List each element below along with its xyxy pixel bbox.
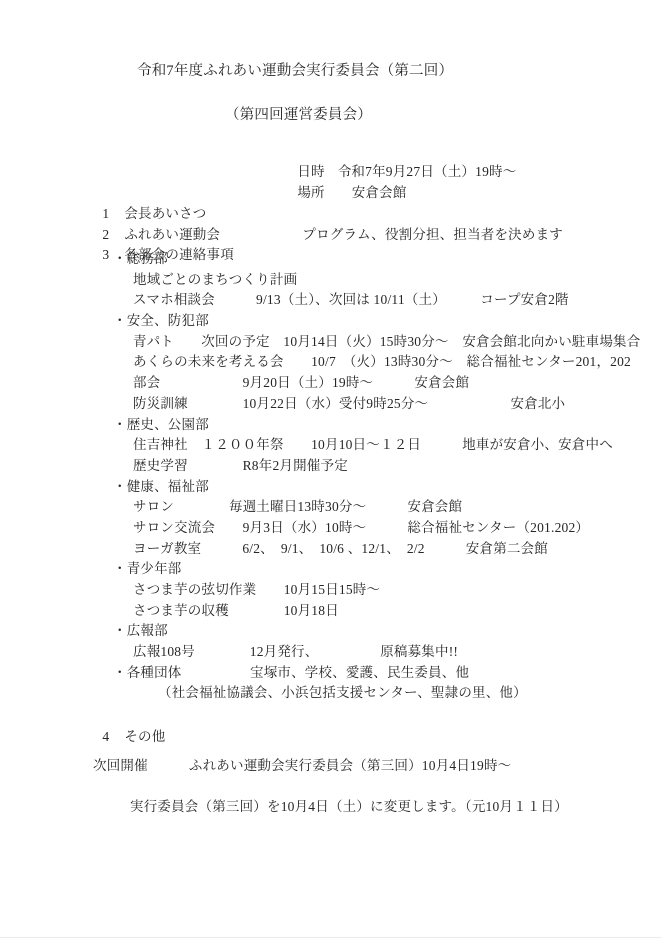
row-sweet-potato-vine-cutting: さつま芋の弦切作業 10月15日15時～	[133, 581, 380, 598]
document-page: 令和7年度ふれあい運動会実行委員会（第二回） （第四回運営委員会） 日時令和7年…	[0, 0, 662, 938]
row-history-study: 歴史学習 R8年2月開催予定	[133, 457, 348, 474]
row-organizations-detail: （社会福祉協議会、小浜包括支援センター、聖隷の里、他）	[158, 684, 527, 701]
schedule-change-note: 実行委員会（第三回）を10月4日（土）に変更します。（元10月１１日）	[130, 798, 568, 815]
section-heading-safety-crime-prevention: ・安全、防犯部	[113, 312, 209, 329]
section-heading-general-affairs: ・総務部	[113, 250, 168, 267]
place-value: 安倉会館	[352, 185, 407, 200]
row-sumiyoshi-shrine: 住吉神社 １２００年祭 10月10日～１２日 地車が安倉小、安倉中へ	[133, 436, 613, 453]
row-smartphone-consultation: スマホ相談会 9/13（土）、次回は 10/11（土） コープ安倉2階	[133, 291, 569, 308]
row-newsletter-108: 広報108号 12月発行、 原稿募集中!!	[133, 643, 458, 660]
row-blue-patrol: 青パト 次回の予定 10月14日（火）15時30分～ 安倉会館北向かい駐車場集合	[133, 333, 640, 350]
document-subtitle: （第四回運営委員会）	[225, 107, 372, 124]
section-heading-public-relations: ・広報部	[113, 622, 168, 639]
place-label: 場所	[297, 185, 324, 200]
section-heading-health-welfare: ・健康、福祉部	[113, 478, 209, 495]
section-heading-various-organizations: ・各種団体 宝塚市、学校、愛護、民生委員、他	[113, 664, 469, 681]
row-yoga-class: ヨーガ教室 6/2、 9/1、 10/6 、12/1、 2/2 安倉第二会館	[133, 540, 548, 557]
row-akura-future-meeting: あくらの未来を考える会 10/7 （火）13時30分～ 総合福祉センター201，…	[133, 353, 631, 370]
next-meeting-line: 次回開催 ふれあい運動会実行委員会（第三回）10月4日19時～	[93, 757, 511, 774]
row-salon: サロン 毎週土曜日13時30分～ 安倉会館	[133, 498, 462, 515]
row-machizukuri-plan: 地域ごとのまちつくり計画	[133, 271, 297, 288]
agenda-item-4-text: その他	[124, 729, 165, 744]
section-heading-history-parks: ・歴史、公園部	[113, 416, 209, 433]
agenda-item-4-number: 4	[102, 728, 124, 745]
section-heading-youth: ・青少年部	[113, 560, 182, 577]
row-committee-meeting: 部会 9月20日（土）19時～ 安倉会館	[133, 374, 469, 391]
agenda-item-4: 4その他	[88, 711, 165, 762]
row-salon-exchange: サロン交流会 9月3日（水）10時～ 総合福祉センター（201.202）	[133, 519, 589, 536]
document-title: 令和7年度ふれあい運動会実行委員会（第二回）	[137, 63, 453, 80]
row-sweet-potato-harvest: さつま芋の収穫 10月18日	[133, 602, 339, 619]
row-disaster-drill: 防災訓練 10月22日（水）受付9時25分～ 安倉北小	[133, 395, 565, 412]
